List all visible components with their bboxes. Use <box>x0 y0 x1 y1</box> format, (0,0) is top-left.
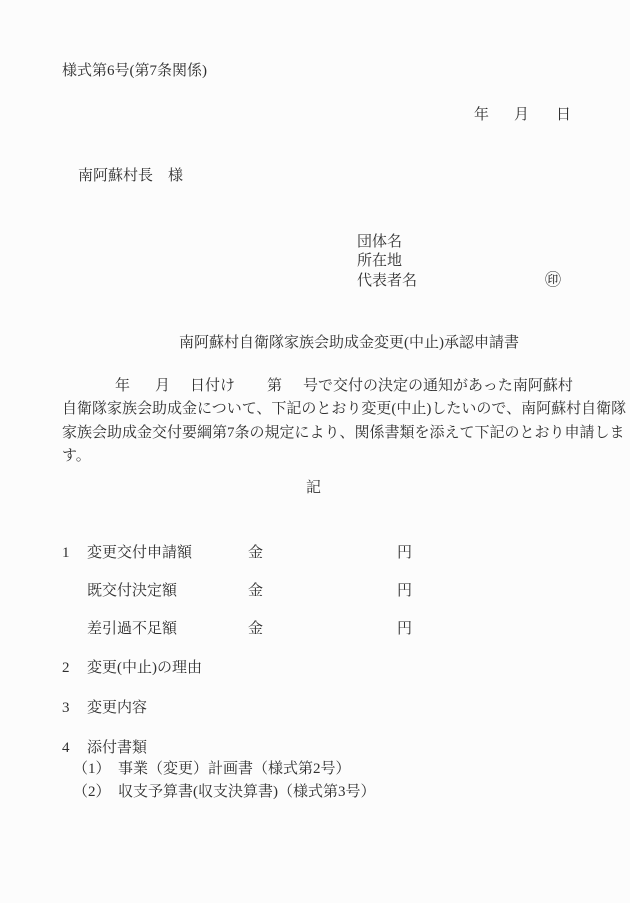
body-year-label: 年 <box>115 379 130 394</box>
item-number: 4 <box>62 741 70 756</box>
item-number: 2 <box>62 661 70 676</box>
body-number-prefix: 第 <box>267 379 282 394</box>
body-day-suffix: 日付け <box>190 379 235 394</box>
currency-prefix: 金 <box>248 622 263 637</box>
body-line-3: 家族会助成金交付要綱第7条の規定により、関係書類を添えて下記のとおり申請しま <box>62 426 625 441</box>
document-title: 南阿蘇村自衛隊家族会助成金変更(中止)承認申請書 <box>179 336 519 351</box>
date-day-label: 日 <box>556 108 571 123</box>
amount-row-label: 差引過不足額 <box>87 622 177 637</box>
item-label: 変更(中止)の理由 <box>87 661 202 676</box>
currency-prefix: 金 <box>248 546 263 561</box>
item-number: 1 <box>62 546 70 561</box>
addressee: 南阿蘇村長 様 <box>78 169 183 184</box>
body-line-2: 自衛隊家族会助成金について、下記のとおり変更(中止)したいので、南阿蘇村自衛隊 <box>62 402 626 417</box>
currency-suffix: 円 <box>397 546 412 561</box>
item-label: 添付書類 <box>87 741 147 756</box>
body-month-label: 月 <box>155 379 170 394</box>
application-form-page: 様式第6号(第7条関係) 年 月 日 南阿蘇村長 様 団体名 所在地 代表者名 … <box>0 0 630 903</box>
currency-suffix: 円 <box>397 622 412 637</box>
attachment-item: （2） 収支予算書(収支決算書)（様式第3号） <box>73 785 376 800</box>
currency-suffix: 円 <box>397 584 412 599</box>
date-month-label: 月 <box>514 108 529 123</box>
record-heading: 記 <box>306 481 321 496</box>
address-label: 所在地 <box>357 254 402 269</box>
body-line-1-rest: 号で交付の決定の通知があった南阿蘇村 <box>303 379 573 394</box>
organization-label: 団体名 <box>357 235 402 250</box>
amount-row-label: 変更交付申請額 <box>87 546 192 561</box>
seal-mark: ㊞ <box>545 273 561 289</box>
attachment-item: （1） 事業（変更）計画書（様式第2号） <box>73 762 351 777</box>
representative-label: 代表者名 <box>357 274 417 289</box>
form-number: 様式第6号(第7条関係) <box>62 64 207 79</box>
item-label: 変更内容 <box>87 701 147 716</box>
date-year-label: 年 <box>474 108 489 123</box>
item-number: 3 <box>62 701 70 716</box>
currency-prefix: 金 <box>248 584 263 599</box>
amount-row-label: 既交付決定額 <box>87 584 177 599</box>
body-line-4: す。 <box>62 449 91 464</box>
